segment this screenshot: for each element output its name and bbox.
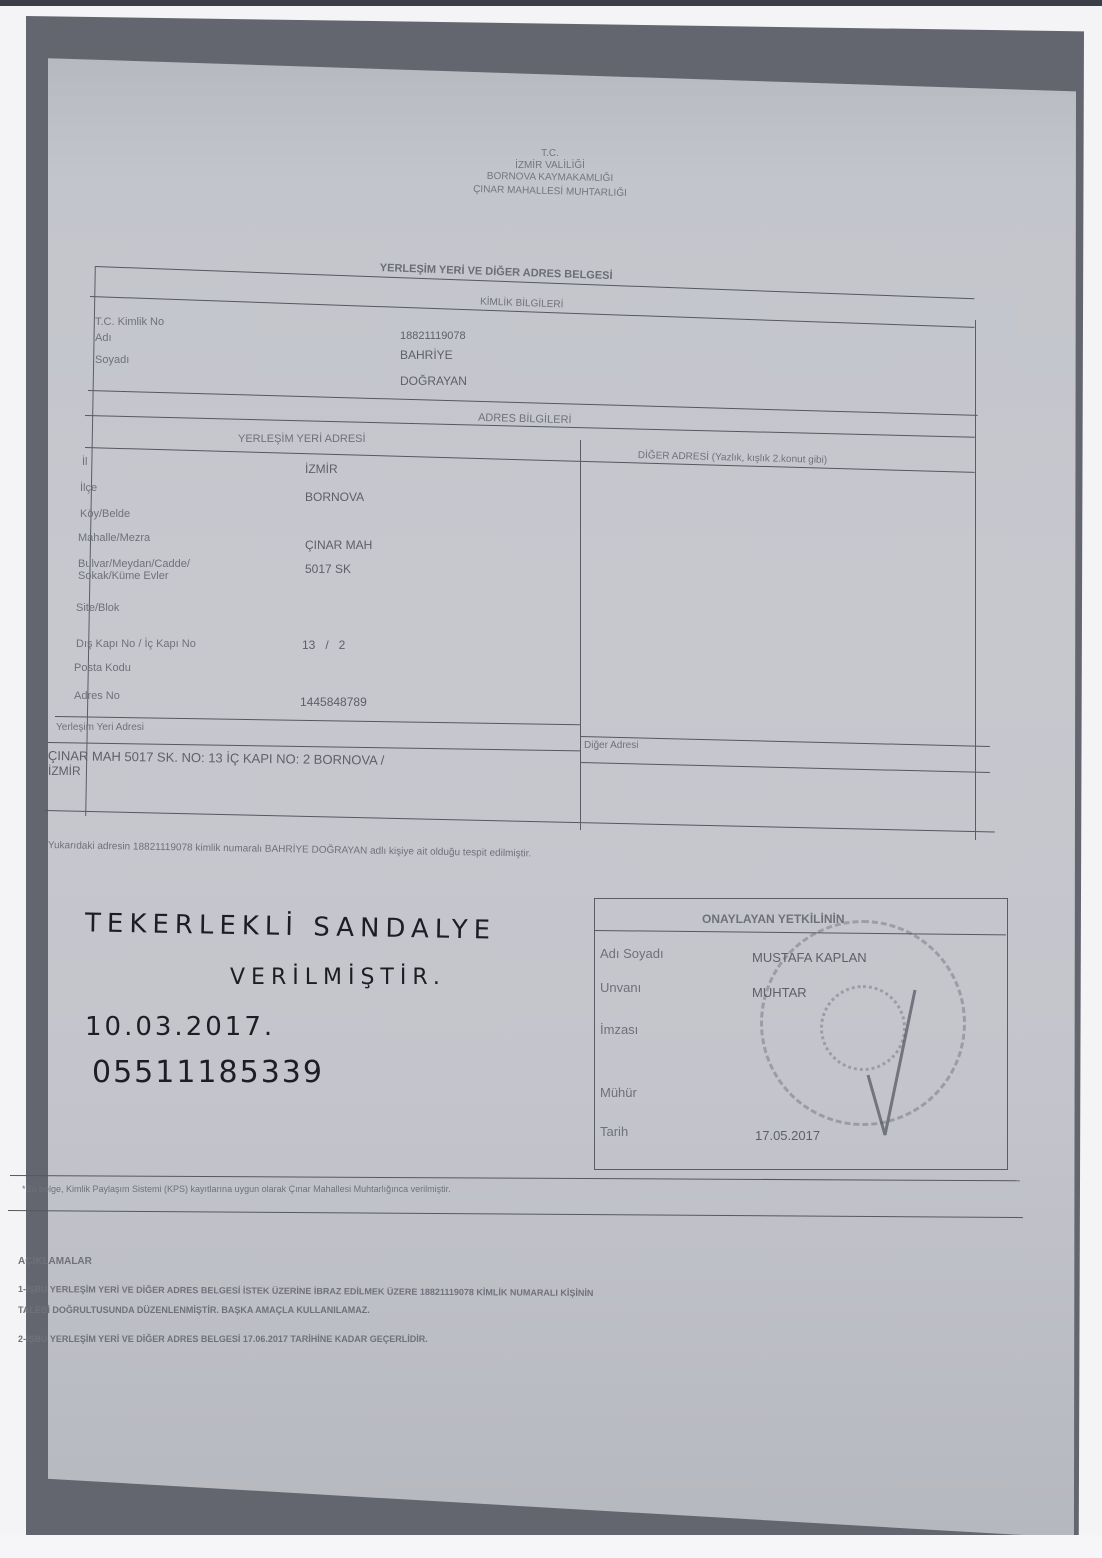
residence-full-line2: İZMİR <box>48 764 81 778</box>
signature-mark <box>860 985 920 1145</box>
residence-full-label: Yerleşim Yeri Adresi <box>56 722 144 733</box>
tc-kimlik-value: 18821119078 <box>400 330 466 342</box>
approver-label-signature: İmzası <box>600 1022 638 1037</box>
note-item-2: 2-İŞBU YERLEŞİM YERİ VE DİĞER ADRES BELG… <box>18 1334 428 1344</box>
header-line-valilik: İZMİR VALİLİĞİ <box>470 160 630 171</box>
note-item-1b: TALEBİ DOĞRULTUSUNDA DÜZENLENMİŞTİR. BAŞ… <box>18 1305 370 1315</box>
approver-label-date: Tarih <box>600 1124 628 1139</box>
other-full-label: Diğer Adresi <box>584 740 638 751</box>
address-label-ilce: İlçe <box>80 482 97 494</box>
address-label-site: Site/Blok <box>76 602 119 614</box>
column-divider <box>580 440 581 830</box>
residence-header: YERLEŞİM YERİ ADRESİ <box>238 433 366 445</box>
handwritten-line2: VERİLMİŞTİR. <box>230 965 446 990</box>
name-value: BAHRİYE <box>400 348 453 362</box>
address-value-il: İZMİR <box>305 462 338 476</box>
surname-label: Soyadı <box>95 354 129 366</box>
address-label-adresno: Adres No <box>74 690 120 702</box>
address-value-adresno: 1445848789 <box>300 695 367 709</box>
handwritten-phone: 05511185339 <box>92 1055 324 1090</box>
address-label-posta: Posta Kodu <box>74 662 131 674</box>
name-label: Adı <box>95 332 112 344</box>
notes-title: AÇIKLAMALAR <box>18 1256 92 1267</box>
tc-kimlik-label: T.C. Kimlik No <box>95 316 164 328</box>
surname-value: DOĞRAYAN <box>400 374 467 388</box>
address-value-ilce: BORNOVA <box>305 490 364 504</box>
scanner-top-edge <box>0 0 1102 6</box>
approver-title: ONAYLAYAN YETKİLİNİN <box>702 912 844 926</box>
address-value-mahalle: ÇINAR MAH <box>305 538 372 552</box>
header-line-tc: T.C. <box>500 148 600 159</box>
address-section-title: ADRES BİLGİLERİ <box>478 412 572 426</box>
address-label-koy: Köy/Belde <box>80 508 130 520</box>
address-label-kapi: Dış Kapı No / İç Kapı No <box>76 638 196 650</box>
footnote-text: *Bu belge, Kimlik Paylaşım Sistemi (KPS)… <box>22 1184 451 1194</box>
address-label-mahalle: Mahalle/Mezra <box>78 532 150 544</box>
handwritten-date: 10.03.2017. <box>85 1012 275 1042</box>
approver-value-date: 17.05.2017 <box>755 1128 820 1143</box>
approver-label-name: Adı Soyadı <box>600 946 664 961</box>
address-value-sokak: 5017 SK <box>305 562 351 576</box>
table-right-border <box>975 320 976 840</box>
address-label-sokak: Bulvar/Meydan/Cadde/ Sokak/Küme Evler <box>78 558 190 582</box>
address-value-kapi: 13 / 2 <box>302 638 345 652</box>
approver-label-seal: Mühür <box>600 1085 637 1100</box>
address-label-il: İl <box>82 456 88 468</box>
scanner-bottom-edge <box>0 1535 1102 1558</box>
approver-label-title: Unvanı <box>600 980 641 995</box>
